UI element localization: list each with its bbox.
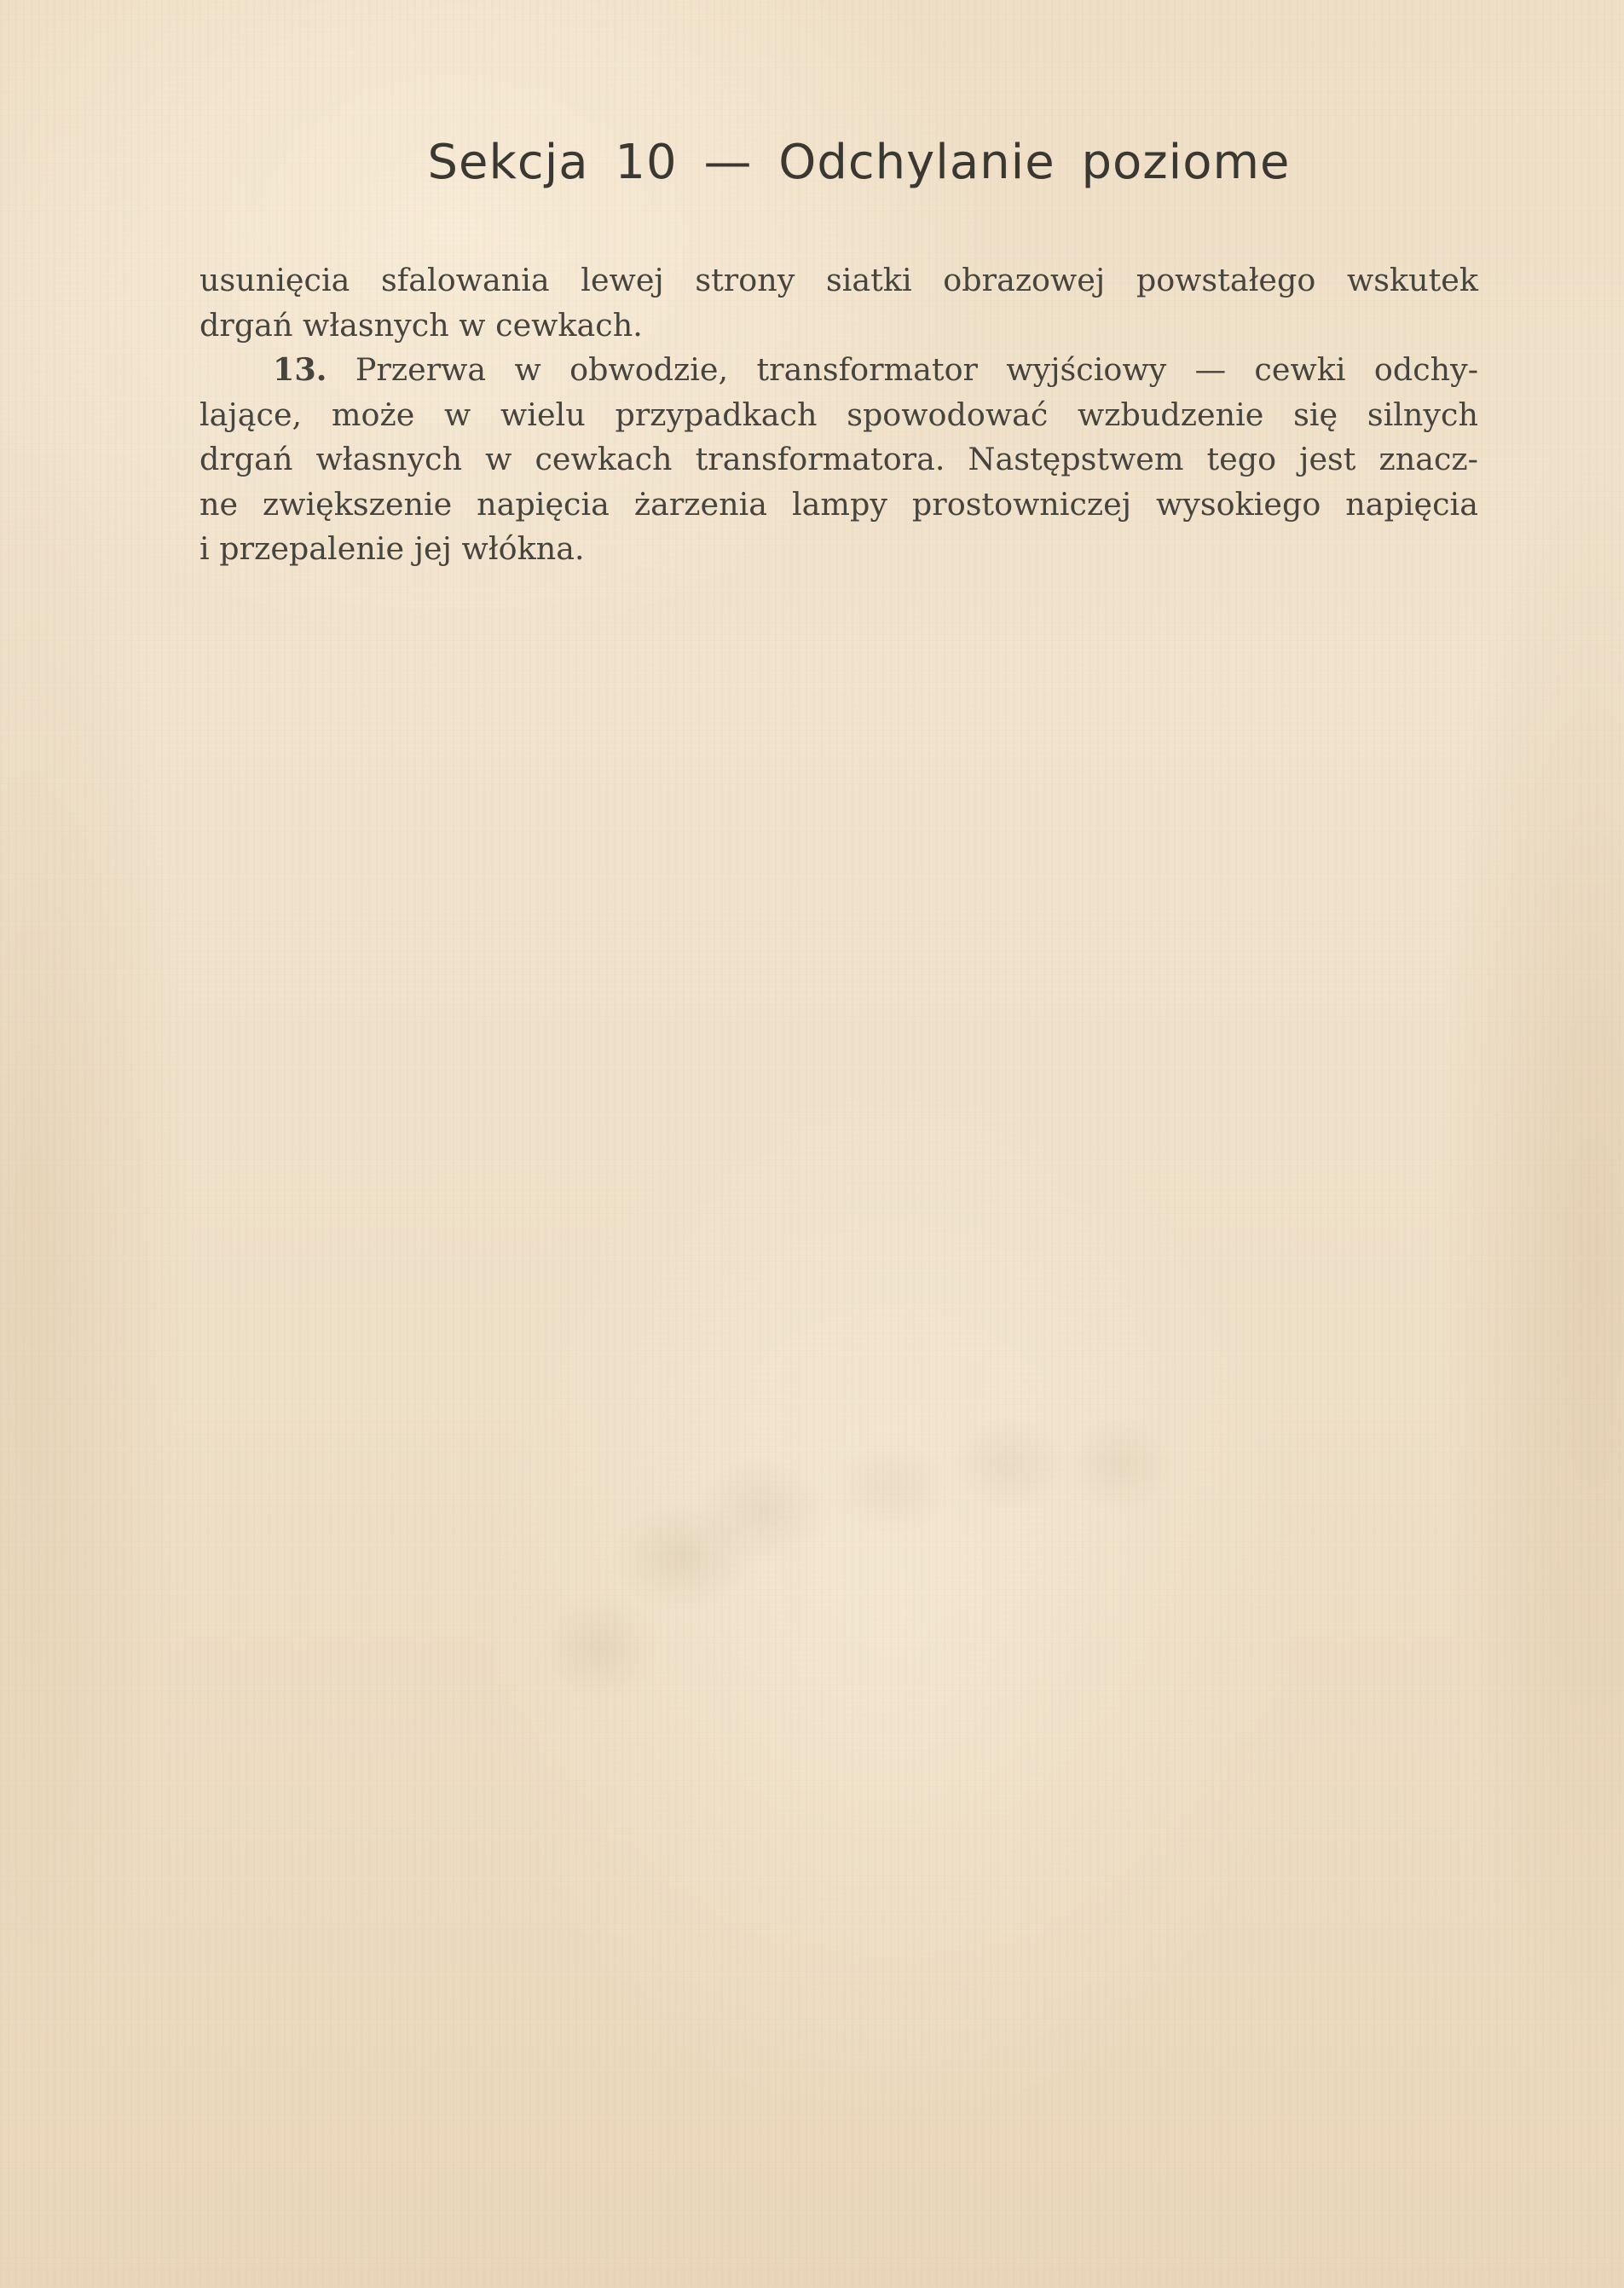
text-line: usunięcia sfalowania lewej strony siatki… <box>199 258 1478 303</box>
text-line: drgań własnych w cewkach. <box>199 303 1478 349</box>
text-line: ne zwiększenie napięcia żarzenia lampy p… <box>199 482 1478 528</box>
paragraph-item-13: 13. Przerwa w obwodzie, transformator wy… <box>199 348 1478 572</box>
paragraph-continuation: usunięcia sfalowania lewej strony siatki… <box>199 258 1478 348</box>
text-line: i przepalenie jej włókna. <box>199 527 1478 572</box>
text-line: lające, może w wielu przypadkach spowodo… <box>199 393 1478 438</box>
item-number: 13. <box>273 351 327 388</box>
section-heading: Sekcja 10 — Odchylanie poziome <box>47 135 1624 190</box>
body-text: usunięcia sfalowania lewej strony siatki… <box>199 258 1478 572</box>
item-text: Przerwa w obwodzie, transformator wyjści… <box>355 351 1478 388</box>
text-line: drgań własnych w cewkach transformatora.… <box>199 437 1478 482</box>
text-line: 13. Przerwa w obwodzie, transformator wy… <box>199 348 1478 393</box>
